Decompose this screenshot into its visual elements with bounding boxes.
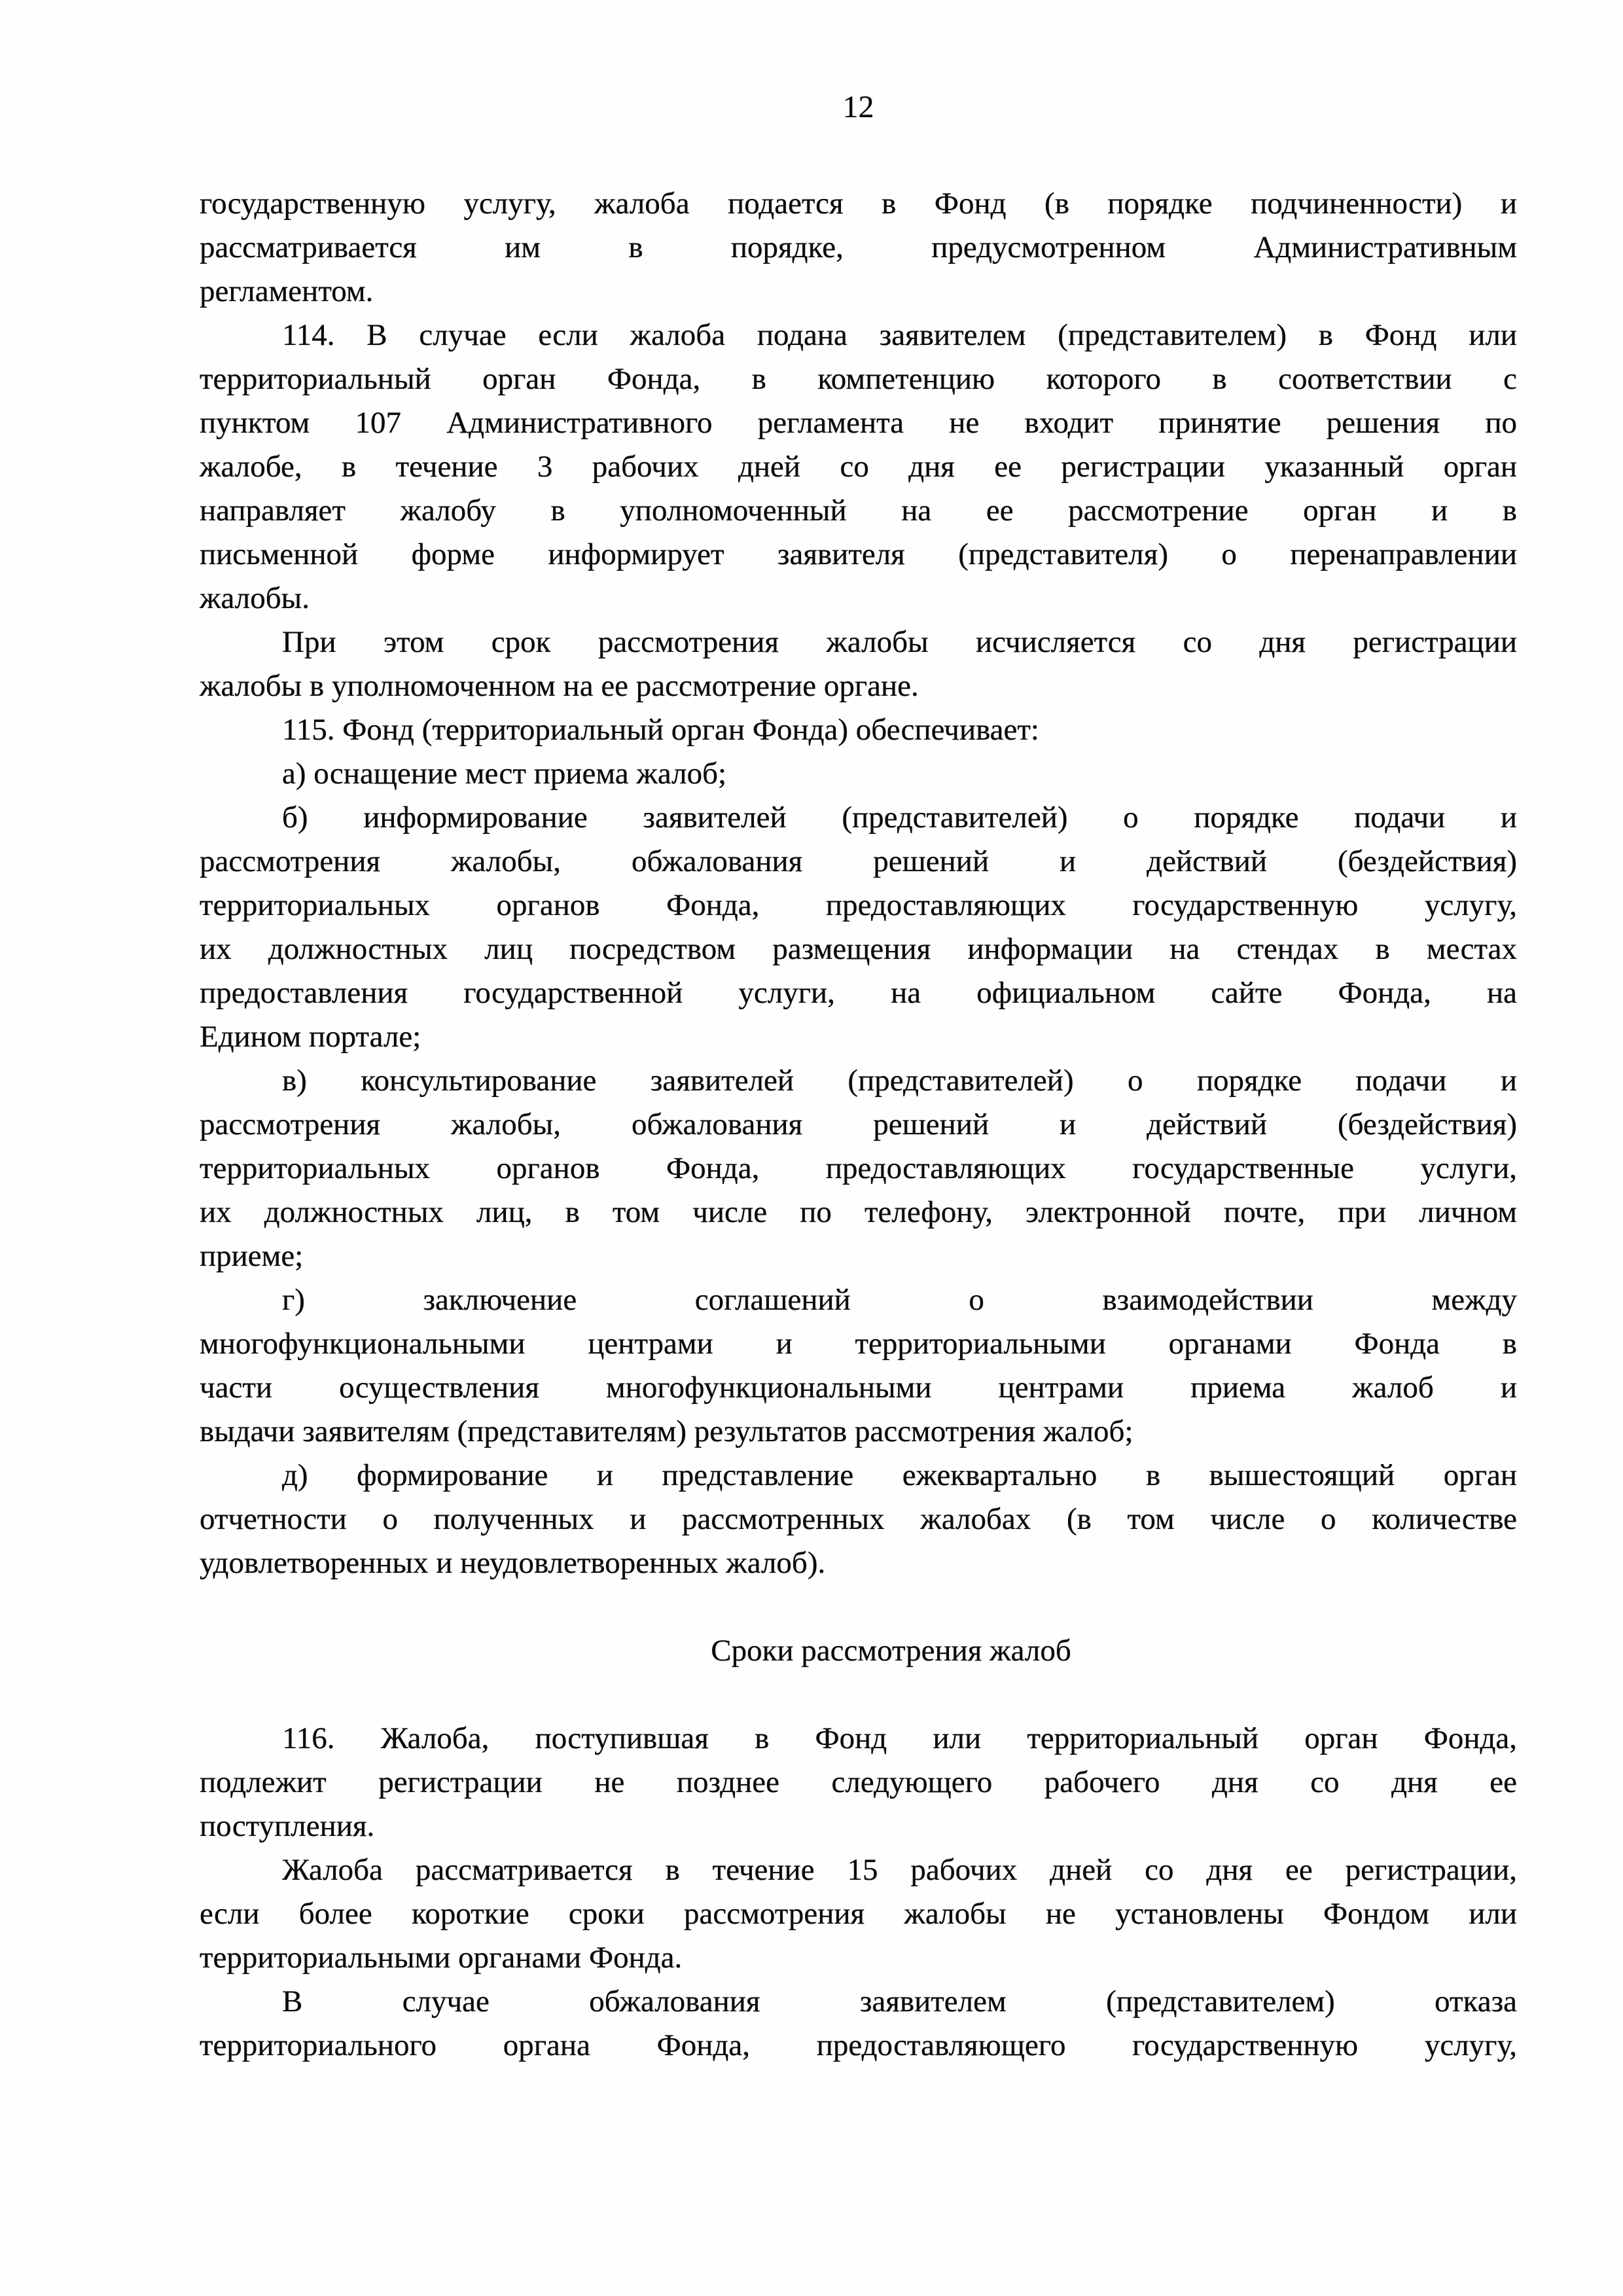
text-line: Едином портале; xyxy=(200,1015,1517,1059)
text-line: рассмотрения жалобы, обжалования решений… xyxy=(200,1103,1517,1147)
text-line: их должностных лиц посредством размещени… xyxy=(200,927,1517,971)
text-line: их должностных лиц, в том числе по телеф… xyxy=(200,1191,1517,1234)
text-line: При этом срок рассмотрения жалобы исчисл… xyxy=(200,620,1517,664)
text-line: подлежит регистрации не позднее следующе… xyxy=(200,1761,1517,1804)
text-line: многофункциональными центрами и территор… xyxy=(200,1322,1517,1366)
text-line: государственную услугу, жалоба подается … xyxy=(200,182,1517,226)
page-number: 12 xyxy=(200,92,1517,123)
text-line: территориальными органами Фонда. xyxy=(200,1936,1517,1980)
text-line: жалобы в уполномоченном на ее рассмотрен… xyxy=(200,664,1517,708)
text-line: б) информирование заявителей (представит… xyxy=(200,796,1517,840)
text-line: территориальных органов Фонда, предостав… xyxy=(200,884,1517,927)
text-line: поступления. xyxy=(200,1804,1517,1848)
text-line: Жалоба рассматривается в течение 15 рабо… xyxy=(200,1848,1517,1892)
text-line: отчетности о полученных и рассмотренных … xyxy=(200,1498,1517,1541)
text-block: государственную услугу, жалоба подается … xyxy=(200,182,1517,2068)
document-page: 12 государственную услугу, жалоба подает… xyxy=(0,0,1623,2296)
text-line: удовлетворенных и неудовлетворенных жало… xyxy=(200,1541,1517,1585)
text-line: приеме; xyxy=(200,1234,1517,1278)
text-line: территориальный орган Фонда, в компетенц… xyxy=(200,357,1517,401)
text-line: части осуществления многофункциональными… xyxy=(200,1366,1517,1410)
text-line: 116. Жалоба, поступившая в Фонд или терр… xyxy=(200,1717,1517,1761)
text-line: рассмотрения жалобы, обжалования решений… xyxy=(200,840,1517,884)
text-line: регламентом. xyxy=(200,270,1517,314)
text-line: предоставления государственной услуги, н… xyxy=(200,971,1517,1015)
text-line: а) оснащение мест приема жалоб; xyxy=(200,752,1517,796)
text-line: территориальных органов Фонда, предостав… xyxy=(200,1147,1517,1191)
text-line: д) формирование и представление ежекварт… xyxy=(200,1454,1517,1498)
text-line: письменной форме информирует заявителя (… xyxy=(200,533,1517,577)
section-heading: Сроки рассмотрения жалоб xyxy=(200,1629,1517,1673)
text-line: г) заключение соглашений о взаимодействи… xyxy=(200,1278,1517,1322)
text-line: в) консультирование заявителей (представ… xyxy=(200,1059,1517,1103)
text-line: если более короткие сроки рассмотрения ж… xyxy=(200,1892,1517,1936)
text-line: В случае обжалования заявителем (предста… xyxy=(200,1980,1517,2024)
text-line: выдачи заявителям (представителям) резул… xyxy=(200,1410,1517,1454)
text-line: пунктом 107 Административного регламента… xyxy=(200,401,1517,445)
blank-line xyxy=(200,1673,1517,1717)
text-line: направляет жалобу в уполномоченный на ее… xyxy=(200,489,1517,533)
text-line: 115. Фонд (территориальный орган Фонда) … xyxy=(200,708,1517,752)
text-line: территориального органа Фонда, предостав… xyxy=(200,2024,1517,2068)
blank-line xyxy=(200,1585,1517,1629)
text-line: 114. В случае если жалоба подана заявите… xyxy=(200,314,1517,357)
text-line: рассматривается им в порядке, предусмотр… xyxy=(200,226,1517,270)
text-line: жалобы. xyxy=(200,577,1517,620)
text-line: жалобе, в течение 3 рабочих дней со дня … xyxy=(200,445,1517,489)
